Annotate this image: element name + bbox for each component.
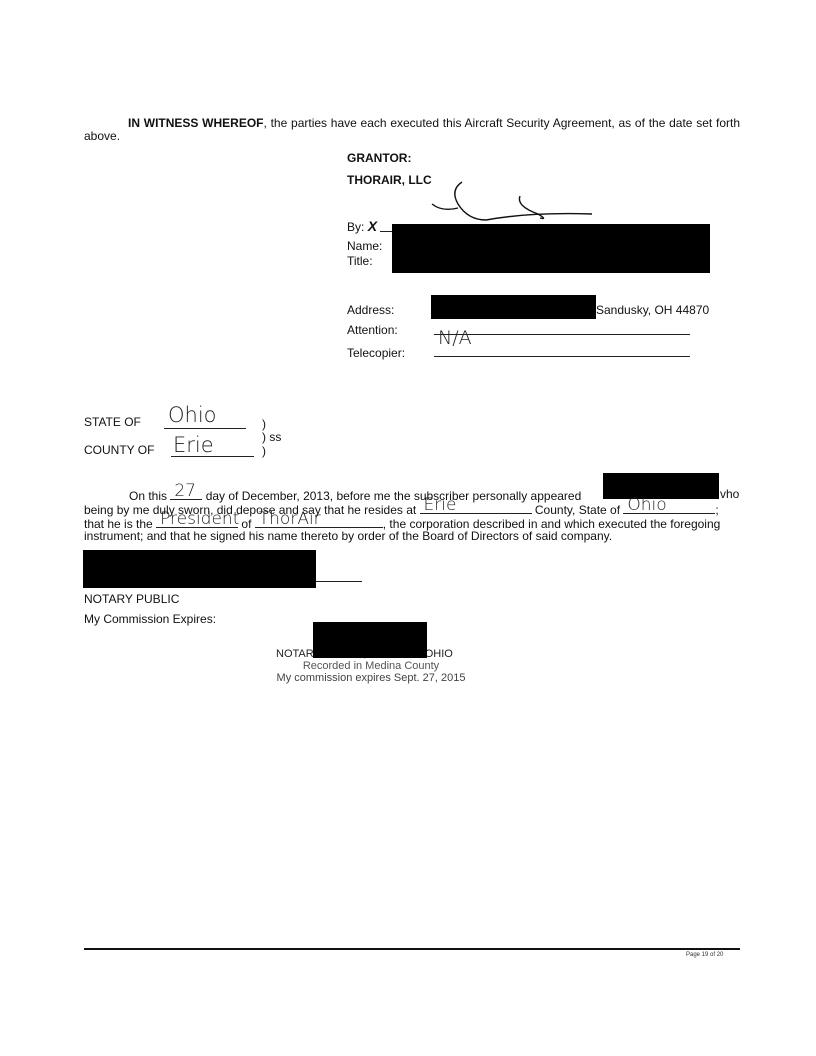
county-fill-value: Erie [424,495,457,515]
attention-label: Attention: [347,323,398,337]
state-blank: Ohio [623,501,715,514]
stamp-line3: My commission expires Sept. 27, 2015 [276,672,466,684]
signature-scribble [420,178,600,230]
state-paren: ) [262,417,266,431]
ack-who: vho [720,487,739,501]
notary-label: NOTARY PUBLIC [84,592,179,606]
address-label: Address: [347,303,394,317]
county-label: COUNTY OF [84,443,154,457]
title-label: Title: [347,254,373,268]
company-blank: ThorAir [255,515,383,528]
county-paren: ) [262,444,266,458]
state-label: STATE OF [84,415,141,429]
telecopier-label: Telecopier: [347,346,405,360]
address-city: Sandusky, OH 44870 [596,303,709,317]
by-label: By: X [347,218,377,234]
state-fill-value: Ohio [627,495,666,515]
name-label: Name: [347,239,382,253]
county-blank: Erie [420,501,532,514]
day-value: 27 [174,481,196,501]
ack-line4: instrument; and that he signed his name … [84,529,612,543]
witness-lead: IN WITNESS WHEREOF [128,116,264,130]
telecopier-line [434,356,690,357]
stamp-line2: Recorded in Medina County [276,660,466,672]
commission-label: My Commission Expires: [84,612,216,626]
redaction-name-title [392,224,710,273]
by-label-text: By: [347,220,364,234]
attention-line [434,334,690,335]
state-value: Ohio [168,403,217,427]
grantor-company: THORAIR, LLC [347,173,432,187]
company-fill-value: ThorAir [259,509,321,529]
witness-clause: IN WITNESS WHEREOF, the parties have eac… [84,117,740,143]
redaction-notary-name [313,622,427,658]
footer-rule [84,948,740,950]
ss-marker: ) ss [262,430,281,444]
redaction-address [431,295,596,319]
grantor-heading: GRANTOR: [347,151,411,165]
notary-signature-line [316,581,362,582]
attention-value: N/A [438,327,472,349]
page-number: Page 19 of 20 [686,952,723,958]
title-fill-value: President [160,509,239,529]
by-mark: X [368,218,377,234]
redaction-notary-signature [83,550,316,588]
day-blank: 27 [170,487,202,500]
title-blank: President [156,515,238,528]
state-line [164,428,246,429]
county-value: Erie [173,433,214,457]
